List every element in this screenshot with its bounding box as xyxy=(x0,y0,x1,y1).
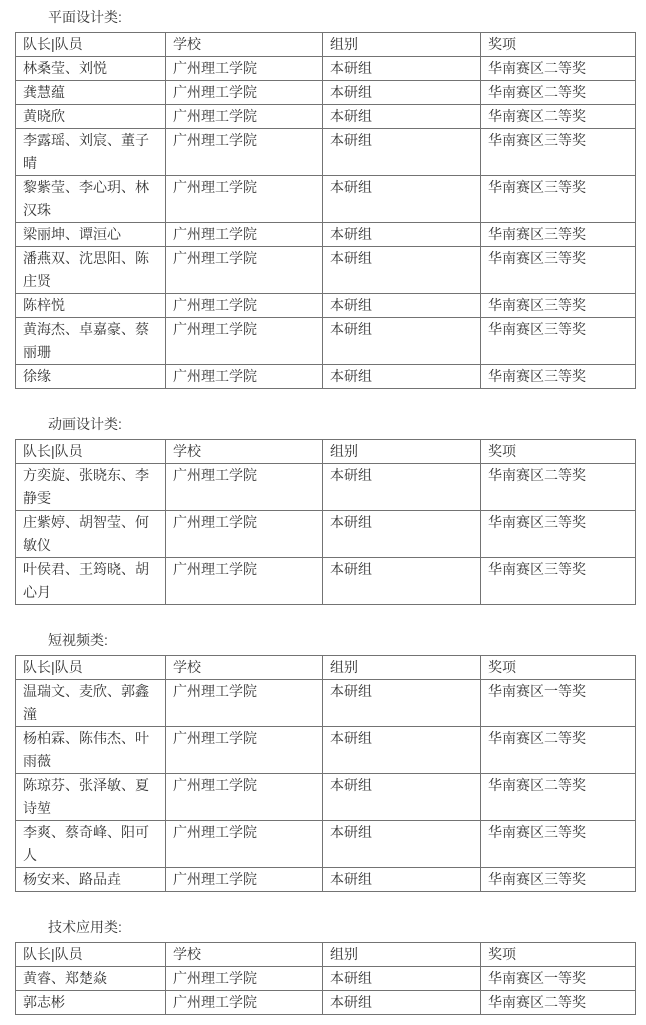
cell-members: 黄晓欣 xyxy=(16,105,166,129)
cell-award: 华南赛区二等奖 xyxy=(481,81,636,105)
table-row: 龚慧蕴广州理工学院本研组华南赛区二等奖 xyxy=(16,81,636,105)
cell-school: 广州理工学院 xyxy=(166,247,323,294)
cell-members: 李爽、蔡奇峰、阳可人 xyxy=(16,821,166,868)
cell-award: 华南赛区二等奖 xyxy=(481,464,636,511)
column-header-award: 奖项 xyxy=(481,440,636,464)
column-header-school: 学校 xyxy=(166,943,323,967)
column-header-group: 组别 xyxy=(323,656,481,680)
column-header-members: 队长|队员 xyxy=(16,656,166,680)
cell-members: 李露瑶、刘宸、董子晴 xyxy=(16,129,166,176)
cell-group: 本研组 xyxy=(323,511,481,558)
cell-members: 陈梓悦 xyxy=(16,294,166,318)
section-title: 动画设计类: xyxy=(48,415,646,433)
cell-members: 梁丽坤、谭洹心 xyxy=(16,223,166,247)
cell-group: 本研组 xyxy=(323,967,481,991)
cell-school: 广州理工学院 xyxy=(166,105,323,129)
cell-group: 本研组 xyxy=(323,365,481,389)
column-header-school: 学校 xyxy=(166,440,323,464)
cell-award: 华南赛区三等奖 xyxy=(481,129,636,176)
column-header-school: 学校 xyxy=(166,656,323,680)
table-row: 黄晓欣广州理工学院本研组华南赛区二等奖 xyxy=(16,105,636,129)
cell-group: 本研组 xyxy=(323,774,481,821)
column-header-award: 奖项 xyxy=(481,943,636,967)
award-section: 短视频类: 队长|队员学校组别奖项 温瑞文、麦欣、郭鑫潼广州理工学院本研组华南赛… xyxy=(0,631,646,892)
award-section: 动画设计类: 队长|队员学校组别奖项 方奕旋、张晓东、李静雯广州理工学院本研组华… xyxy=(0,415,646,605)
cell-group: 本研组 xyxy=(323,176,481,223)
cell-members: 杨安来、路品垚 xyxy=(16,868,166,892)
cell-members: 黄睿、郑楚焱 xyxy=(16,967,166,991)
cell-school: 广州理工学院 xyxy=(166,774,323,821)
award-table: 队长|队员学校组别奖项 黄睿、郑楚焱广州理工学院本研组华南赛区一等奖郭志彬广州理… xyxy=(15,942,636,1015)
section-title: 平面设计类: xyxy=(48,8,646,26)
cell-award: 华南赛区三等奖 xyxy=(481,294,636,318)
cell-members: 黄海杰、卓嘉豪、蔡丽珊 xyxy=(16,318,166,365)
cell-group: 本研组 xyxy=(323,129,481,176)
cell-members: 温瑞文、麦欣、郭鑫潼 xyxy=(16,680,166,727)
document-page: 平面设计类: 队长|队员学校组别奖项 林桑莹、刘悦广州理工学院本研组华南赛区二等… xyxy=(0,0,646,1025)
award-section: 平面设计类: 队长|队员学校组别奖项 林桑莹、刘悦广州理工学院本研组华南赛区二等… xyxy=(0,8,646,389)
cell-school: 广州理工学院 xyxy=(166,294,323,318)
cell-school: 广州理工学院 xyxy=(166,511,323,558)
table-row: 叶侯君、王筠晓、胡心月广州理工学院本研组华南赛区三等奖 xyxy=(16,558,636,605)
table-row: 陈梓悦广州理工学院本研组华南赛区三等奖 xyxy=(16,294,636,318)
cell-group: 本研组 xyxy=(323,464,481,511)
cell-group: 本研组 xyxy=(323,247,481,294)
cell-school: 广州理工学院 xyxy=(166,318,323,365)
table-row: 黎紫莹、李心玥、林汉珠广州理工学院本研组华南赛区三等奖 xyxy=(16,176,636,223)
cell-school: 广州理工学院 xyxy=(166,967,323,991)
cell-members: 林桑莹、刘悦 xyxy=(16,57,166,81)
cell-group: 本研组 xyxy=(323,223,481,247)
table-row: 温瑞文、麦欣、郭鑫潼广州理工学院本研组华南赛区一等奖 xyxy=(16,680,636,727)
cell-group: 本研组 xyxy=(323,294,481,318)
cell-school: 广州理工学院 xyxy=(166,680,323,727)
column-header-award: 奖项 xyxy=(481,33,636,57)
cell-members: 郭志彬 xyxy=(16,991,166,1015)
table-row: 林桑莹、刘悦广州理工学院本研组华南赛区二等奖 xyxy=(16,57,636,81)
table-header-row: 队长|队员学校组别奖项 xyxy=(16,656,636,680)
table-row: 杨柏霖、陈伟杰、叶雨薇广州理工学院本研组华南赛区二等奖 xyxy=(16,727,636,774)
cell-award: 华南赛区一等奖 xyxy=(481,967,636,991)
cell-members: 黎紫莹、李心玥、林汉珠 xyxy=(16,176,166,223)
table-row: 黄海杰、卓嘉豪、蔡丽珊广州理工学院本研组华南赛区三等奖 xyxy=(16,318,636,365)
table-row: 黄睿、郑楚焱广州理工学院本研组华南赛区一等奖 xyxy=(16,967,636,991)
cell-group: 本研组 xyxy=(323,558,481,605)
cell-award: 华南赛区一等奖 xyxy=(481,680,636,727)
column-header-award: 奖项 xyxy=(481,656,636,680)
column-header-school: 学校 xyxy=(166,33,323,57)
cell-school: 广州理工学院 xyxy=(166,868,323,892)
section-title: 短视频类: xyxy=(48,631,646,649)
column-header-members: 队长|队员 xyxy=(16,33,166,57)
cell-members: 龚慧蕴 xyxy=(16,81,166,105)
table-header-row: 队长|队员学校组别奖项 xyxy=(16,33,636,57)
award-table: 队长|队员学校组别奖项 温瑞文、麦欣、郭鑫潼广州理工学院本研组华南赛区一等奖杨柏… xyxy=(15,655,636,892)
table-row: 方奕旋、张晓东、李静雯广州理工学院本研组华南赛区二等奖 xyxy=(16,464,636,511)
cell-school: 广州理工学院 xyxy=(166,464,323,511)
award-table: 队长|队员学校组别奖项 方奕旋、张晓东、李静雯广州理工学院本研组华南赛区二等奖庄… xyxy=(15,439,636,605)
cell-group: 本研组 xyxy=(323,57,481,81)
cell-award: 华南赛区三等奖 xyxy=(481,868,636,892)
cell-group: 本研组 xyxy=(323,868,481,892)
cell-school: 广州理工学院 xyxy=(166,365,323,389)
cell-group: 本研组 xyxy=(323,105,481,129)
cell-award: 华南赛区二等奖 xyxy=(481,727,636,774)
cell-members: 叶侯君、王筠晓、胡心月 xyxy=(16,558,166,605)
award-section: 技术应用类: 队长|队员学校组别奖项 黄睿、郑楚焱广州理工学院本研组华南赛区一等… xyxy=(0,918,646,1015)
table-row: 杨安来、路品垚广州理工学院本研组华南赛区三等奖 xyxy=(16,868,636,892)
cell-school: 广州理工学院 xyxy=(166,129,323,176)
cell-group: 本研组 xyxy=(323,318,481,365)
cell-members: 杨柏霖、陈伟杰、叶雨薇 xyxy=(16,727,166,774)
table-row: 李露瑶、刘宸、董子晴广州理工学院本研组华南赛区三等奖 xyxy=(16,129,636,176)
table-header-row: 队长|队员学校组别奖项 xyxy=(16,440,636,464)
section-title: 技术应用类: xyxy=(48,918,646,936)
column-header-members: 队长|队员 xyxy=(16,943,166,967)
cell-award: 华南赛区二等奖 xyxy=(481,774,636,821)
cell-award: 华南赛区三等奖 xyxy=(481,511,636,558)
cell-members: 方奕旋、张晓东、李静雯 xyxy=(16,464,166,511)
table-row: 潘燕双、沈思阳、陈庄贤广州理工学院本研组华南赛区三等奖 xyxy=(16,247,636,294)
cell-school: 广州理工学院 xyxy=(166,223,323,247)
table-row: 梁丽坤、谭洹心广州理工学院本研组华南赛区三等奖 xyxy=(16,223,636,247)
cell-award: 华南赛区二等奖 xyxy=(481,991,636,1015)
column-header-group: 组别 xyxy=(323,440,481,464)
award-table: 队长|队员学校组别奖项 林桑莹、刘悦广州理工学院本研组华南赛区二等奖龚慧蕴广州理… xyxy=(15,32,636,389)
cell-award: 华南赛区三等奖 xyxy=(481,223,636,247)
column-header-members: 队长|队员 xyxy=(16,440,166,464)
cell-award: 华南赛区三等奖 xyxy=(481,247,636,294)
cell-group: 本研组 xyxy=(323,680,481,727)
cell-group: 本研组 xyxy=(323,991,481,1015)
cell-members: 潘燕双、沈思阳、陈庄贤 xyxy=(16,247,166,294)
cell-award: 华南赛区三等奖 xyxy=(481,558,636,605)
cell-group: 本研组 xyxy=(323,821,481,868)
cell-school: 广州理工学院 xyxy=(166,176,323,223)
column-header-group: 组别 xyxy=(323,33,481,57)
table-row: 陈琼芬、张泽敏、夏诗堃广州理工学院本研组华南赛区二等奖 xyxy=(16,774,636,821)
cell-school: 广州理工学院 xyxy=(166,821,323,868)
column-header-group: 组别 xyxy=(323,943,481,967)
cell-school: 广州理工学院 xyxy=(166,81,323,105)
cell-school: 广州理工学院 xyxy=(166,727,323,774)
cell-award: 华南赛区三等奖 xyxy=(481,821,636,868)
table-row: 庄紫婷、胡智莹、何敏仪广州理工学院本研组华南赛区三等奖 xyxy=(16,511,636,558)
table-row: 徐缘广州理工学院本研组华南赛区三等奖 xyxy=(16,365,636,389)
cell-members: 陈琼芬、张泽敏、夏诗堃 xyxy=(16,774,166,821)
cell-award: 华南赛区二等奖 xyxy=(481,105,636,129)
cell-award: 华南赛区二等奖 xyxy=(481,57,636,81)
cell-school: 广州理工学院 xyxy=(166,57,323,81)
cell-group: 本研组 xyxy=(323,81,481,105)
cell-school: 广州理工学院 xyxy=(166,558,323,605)
cell-members: 徐缘 xyxy=(16,365,166,389)
cell-members: 庄紫婷、胡智莹、何敏仪 xyxy=(16,511,166,558)
table-row: 李爽、蔡奇峰、阳可人广州理工学院本研组华南赛区三等奖 xyxy=(16,821,636,868)
cell-group: 本研组 xyxy=(323,727,481,774)
cell-award: 华南赛区三等奖 xyxy=(481,318,636,365)
cell-award: 华南赛区三等奖 xyxy=(481,176,636,223)
cell-award: 华南赛区三等奖 xyxy=(481,365,636,389)
table-row: 郭志彬广州理工学院本研组华南赛区二等奖 xyxy=(16,991,636,1015)
table-header-row: 队长|队员学校组别奖项 xyxy=(16,943,636,967)
cell-school: 广州理工学院 xyxy=(166,991,323,1015)
